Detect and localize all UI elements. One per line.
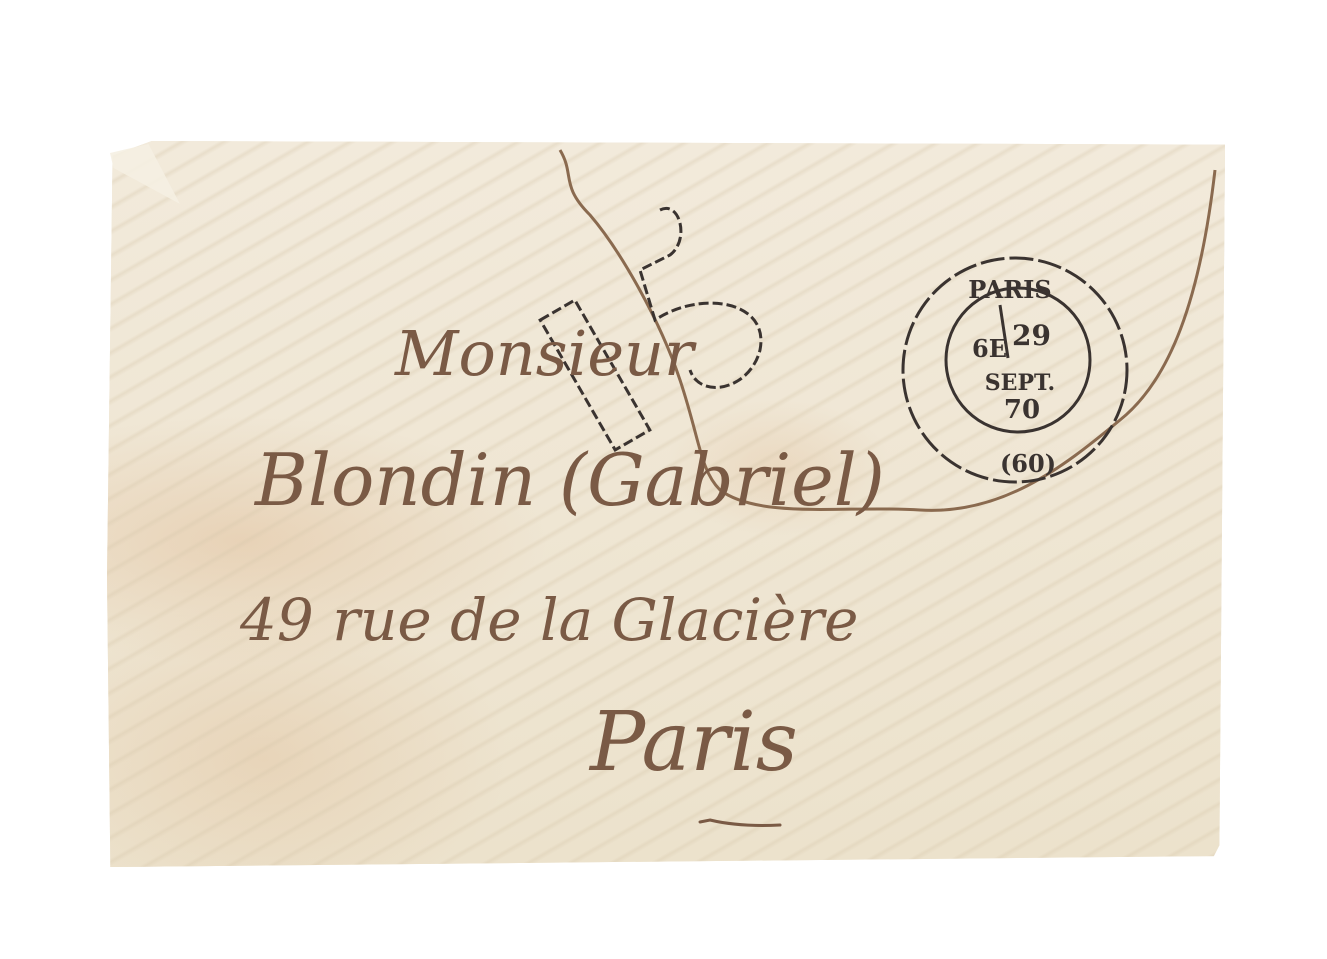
postmark-month: SEPT. [985,370,1055,396]
postmark-year: 70 [1004,395,1040,425]
address-street: 49 rue de la Glacière [239,586,858,654]
address-city: Paris [588,695,798,790]
address-salutation: Monsieur [394,317,697,390]
postmark-city: PARIS [968,275,1051,304]
postmark: PARIS 6E 29 SEPT. 70 (60) [903,258,1127,482]
postmark-office: (60) [1000,449,1056,478]
postmark-time: 6E [972,334,1007,363]
envelope-markings: PARIS 6E 29 SEPT. 70 (60) Monsieur Blond… [0,0,1327,959]
underline-mark [700,820,780,825]
postmark-day: 29 [1012,319,1051,352]
address-name: Blondin (Gabriel) [253,438,885,522]
